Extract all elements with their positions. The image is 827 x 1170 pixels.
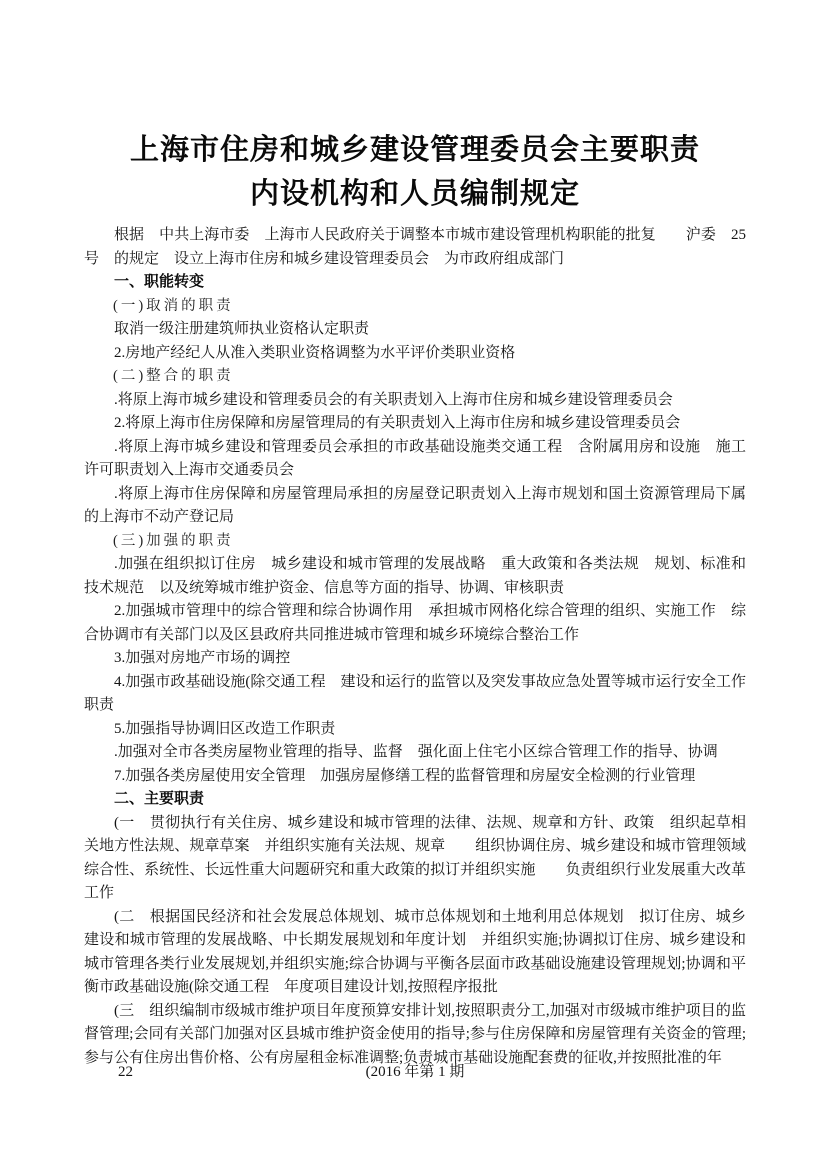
document-title-line2: 内设机构和人员编制规定: [84, 172, 746, 216]
paragraph: 2.房地产经纪人从准入类职业资格调整为水平评价类职业资格: [84, 342, 746, 366]
paragraph: 取消一级注册建筑师执业资格认定职责: [84, 318, 746, 342]
paragraph: 4.加强市政基础设施(除交通工程 建设和运行的监管以及突发事故应急处置等城市运行…: [84, 671, 746, 718]
paragraph: .加强对全市各类房屋物业管理的指导、监督 强化面上住宅小区综合管理工作的指导、协…: [84, 741, 746, 765]
clause-subheading: (三)加强的职责: [84, 530, 746, 554]
paragraph: 7.加强各类房屋使用安全管理 加强房屋修缮工程的监督管理和房屋安全检测的行业管理: [84, 765, 746, 789]
paragraph: .将原上海市住房保障和房屋管理局承担的房屋登记职责划入上海市规划和国土资源管理局…: [84, 483, 746, 530]
paragraph: (一 贯彻执行有关住房、城乡建设和城市管理的法律、法规、规章和方针、政策 组织起…: [84, 812, 746, 906]
paragraph: 2.将原上海市住房保障和房屋管理局的有关职责划入上海市住房和城乡建设管理委员会: [84, 412, 746, 436]
document-page: 上海市住房和城乡建设管理委员会主要职责 内设机构和人员编制规定 根据 中共上海市…: [0, 0, 827, 1170]
paragraph: .加强在组织拟订住房 城乡建设和城市管理的发展战略 重大政策和各类法规 规划、标…: [84, 553, 746, 600]
paragraph: 5.加强指导协调旧区改造工作职责: [84, 718, 746, 742]
clause-subheading: (一)取消的职责: [84, 295, 746, 319]
page-footer: 22 (2016 年第 1 期: [84, 1060, 746, 1084]
paragraph: 3.加强对房地产市场的调控: [84, 647, 746, 671]
paragraph: .将原上海市城乡建设和管理委员会的有关职责划入上海市住房和城乡建设管理委员会: [84, 389, 746, 413]
clause-subheading: (二)整合的职责: [84, 365, 746, 389]
document-title-line1: 上海市住房和城乡建设管理委员会主要职责: [84, 128, 746, 172]
paragraph: .将原上海市城乡建设和管理委员会承担的市政基础设施类交通工程 含附属用房和设施 …: [84, 436, 746, 483]
paragraph: 根据 中共上海市委 上海市人民政府关于调整本市城市建设管理机构职能的批复 沪委 …: [84, 224, 746, 271]
section-heading: 一、职能转变: [84, 271, 746, 295]
paragraph: 2.加强城市管理中的综合管理和综合协调作用 承担城市网格化综合管理的组织、实施工…: [84, 600, 746, 647]
section-heading: 二、主要职责: [84, 788, 746, 812]
paragraph: (二 根据国民经济和社会发展总体规划、城市总体规划和土地利用总体规划 拟订住房、…: [84, 906, 746, 1000]
document-body: 根据 中共上海市委 上海市人民政府关于调整本市城市建设管理机构职能的批复 沪委 …: [84, 224, 746, 1070]
issue-label: (2016 年第 1 期: [84, 1060, 746, 1084]
document-title: 上海市住房和城乡建设管理委员会主要职责 内设机构和人员编制规定: [84, 128, 746, 216]
